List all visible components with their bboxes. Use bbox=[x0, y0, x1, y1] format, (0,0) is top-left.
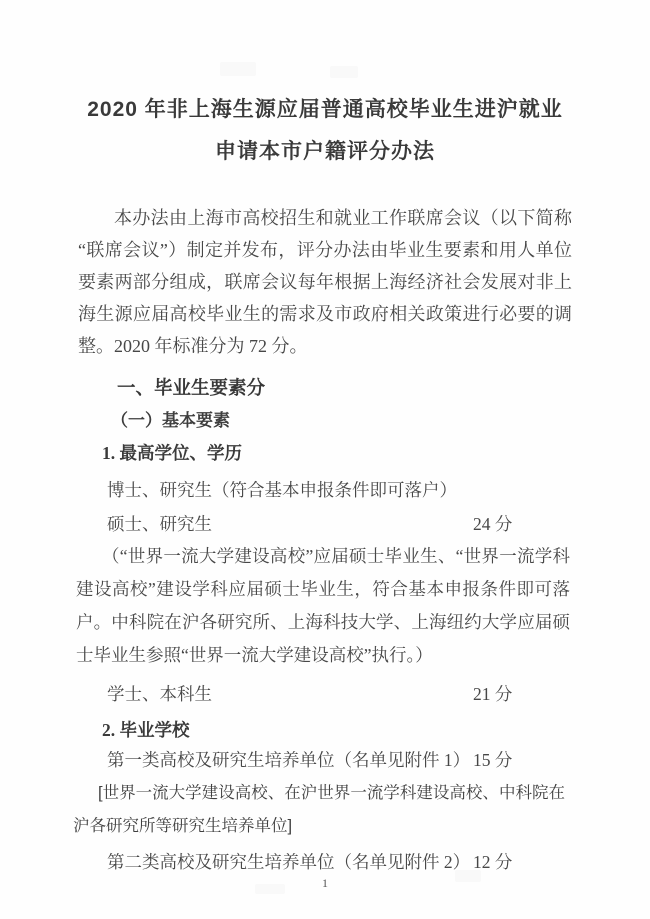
scan-artifact bbox=[255, 884, 285, 894]
row-score-master: 24 分 bbox=[473, 512, 512, 536]
section-1-heading: 一、毕业生要素分 bbox=[117, 376, 570, 400]
intro-paragraph: 本办法由上海市高校招生和就业工作联席会议（以下简称“联席会议”）制定并发布，评分… bbox=[78, 202, 572, 362]
score-row-doctor: 博士、研究生（符合基本申报条件即可落户） bbox=[107, 478, 590, 502]
doc-title-line-1: 2020 年非上海生源应届普通高校毕业生进沪就业 bbox=[0, 0, 650, 124]
item-graduation-school-heading: 2. 毕业学校 bbox=[102, 717, 570, 743]
document-page: 2020 年非上海生源应届普通高校毕业生进沪就业 申请本市户籍评分办法 本办法由… bbox=[0, 0, 650, 919]
page-number: 1 bbox=[0, 876, 650, 890]
row-label-tier1: 第一类高校及研究生培养单位（名单见附件 1） bbox=[107, 750, 470, 770]
score-row-bachelor: 学士、本科生 21 分 bbox=[107, 682, 590, 706]
row-label-master: 硕士、研究生 bbox=[107, 514, 212, 534]
row-score-tier1: 15 分 bbox=[473, 748, 512, 772]
row-label-bachelor: 学士、本科生 bbox=[107, 684, 212, 704]
item-degree-heading: 1. 最高学位、学历 bbox=[102, 440, 570, 466]
row-score-tier2: 12 分 bbox=[473, 850, 512, 874]
score-row-master: 硕士、研究生 24 分 bbox=[107, 512, 590, 536]
scan-artifact bbox=[330, 66, 358, 78]
row-score-bachelor: 21 分 bbox=[473, 682, 512, 706]
tier1-bracket-note: [世界一流大学建设高校、在沪世界一流学科建设高校、中科院在沪各研究所等研究生培养… bbox=[73, 777, 565, 843]
score-row-tier2: 第二类高校及研究生培养单位（名单见附件 2） 12 分 bbox=[107, 850, 590, 874]
row-label-doctor: 博士、研究生（符合基本申报条件即可落户） bbox=[107, 480, 457, 500]
row-label-tier2: 第二类高校及研究生培养单位（名单见附件 2） bbox=[107, 852, 470, 872]
master-note-paragraph: （“世界一流大学建设高校”应届硕士毕业生、“世界一流学科建设高校”建设学科应届硕… bbox=[76, 540, 570, 672]
subsection-basic-factors-heading: （一）基本要素 bbox=[111, 408, 570, 434]
scan-artifact bbox=[220, 62, 256, 76]
score-row-tier1: 第一类高校及研究生培养单位（名单见附件 1） 15 分 bbox=[107, 748, 590, 772]
doc-title-line-2: 申请本市户籍评分办法 bbox=[0, 138, 650, 166]
